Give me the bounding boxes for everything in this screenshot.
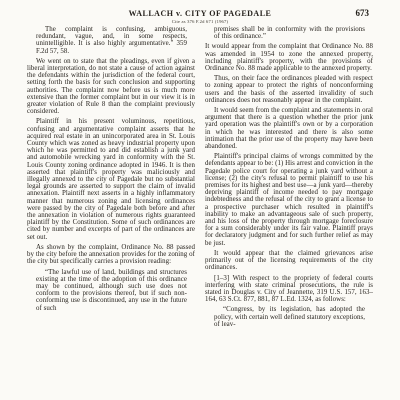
left-column: The complaint is confusing, ambiguous, r… xyxy=(27,26,195,396)
block-quote-continuation: premises shall be in conformity with the… xyxy=(214,26,365,40)
block-quote: “Congress, by its legislation, has adopt… xyxy=(214,306,365,328)
paragraph: As shown by the complaint, Ordinance No.… xyxy=(27,244,195,266)
citation-line: Cite as 376 F.2d 671 (1967) xyxy=(0,19,400,24)
right-column: premises shall be in conformity with the… xyxy=(205,26,373,396)
paragraph-headnote-reference: [1–3] With respect to the propriety of f… xyxy=(205,275,373,304)
paragraph: Thus, on their face the ordinances plead… xyxy=(205,75,373,104)
reporter-page: WALLACH v. CITY OF PAGEDALE 673 Cite as … xyxy=(0,0,400,400)
paragraph: It would appear from the complaint that … xyxy=(205,43,373,72)
paragraph: Plaintiff's principal claims of wrongs c… xyxy=(205,153,373,247)
paragraph: It would seem from the complaint and sta… xyxy=(205,107,373,150)
paragraph: Plaintiff in his present voluminous, rep… xyxy=(27,118,195,240)
block-quote: “The lawful use of land, buildings and s… xyxy=(36,269,187,312)
paragraph: It would appear that the claimed grievan… xyxy=(205,250,373,272)
paragraph: We went on to state that the pleadings, … xyxy=(27,58,195,116)
case-title: WALLACH v. CITY OF PAGEDALE xyxy=(60,9,340,18)
page-number: 673 xyxy=(356,8,370,18)
block-quote-end: The complaint is confusing, ambiguous, r… xyxy=(36,26,187,55)
